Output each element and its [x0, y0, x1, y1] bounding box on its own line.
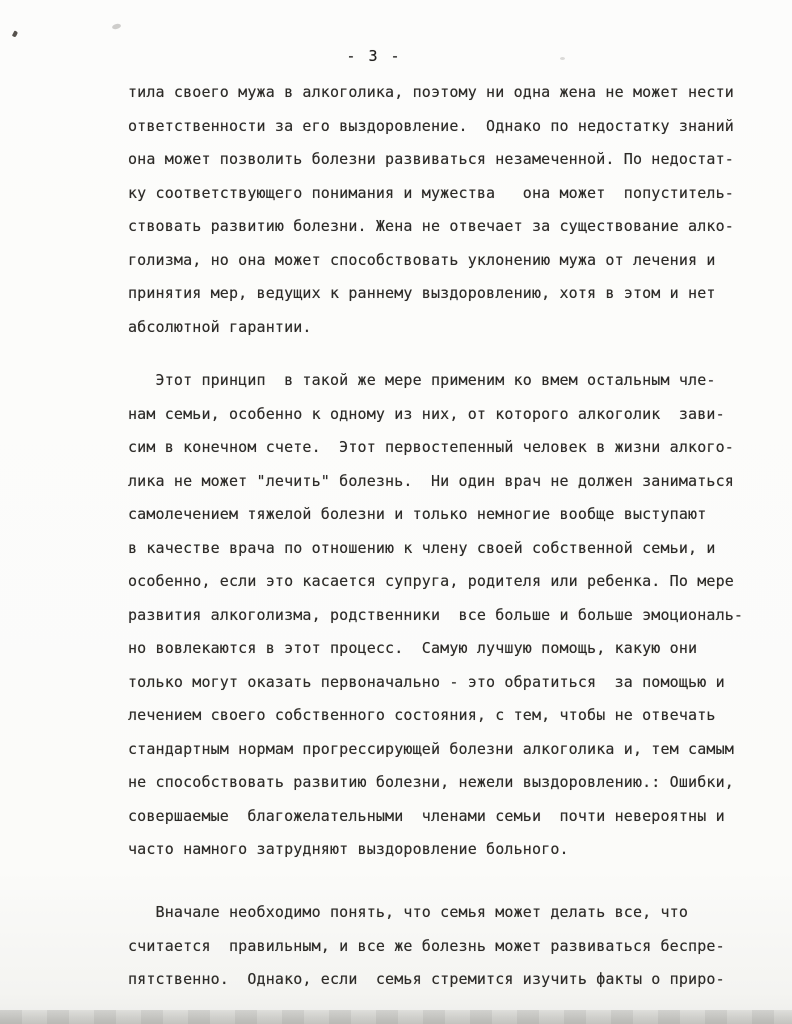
ink-speck [12, 30, 18, 37]
paragraph-1: тила своего мужа в алкоголика, поэтому н… [128, 76, 778, 344]
scanned-page: - 3 - тила своего мужа в алкоголика, поэ… [0, 0, 792, 1024]
scan-smudge [112, 23, 122, 30]
paragraph-2: Этот принцип в такой же мере применим ко… [128, 364, 778, 867]
scan-edge-artifact [0, 1010, 792, 1024]
page-number: - 3 - [0, 47, 748, 65]
paragraph-3: Вначале необходимо понять, что семья мож… [128, 896, 778, 997]
